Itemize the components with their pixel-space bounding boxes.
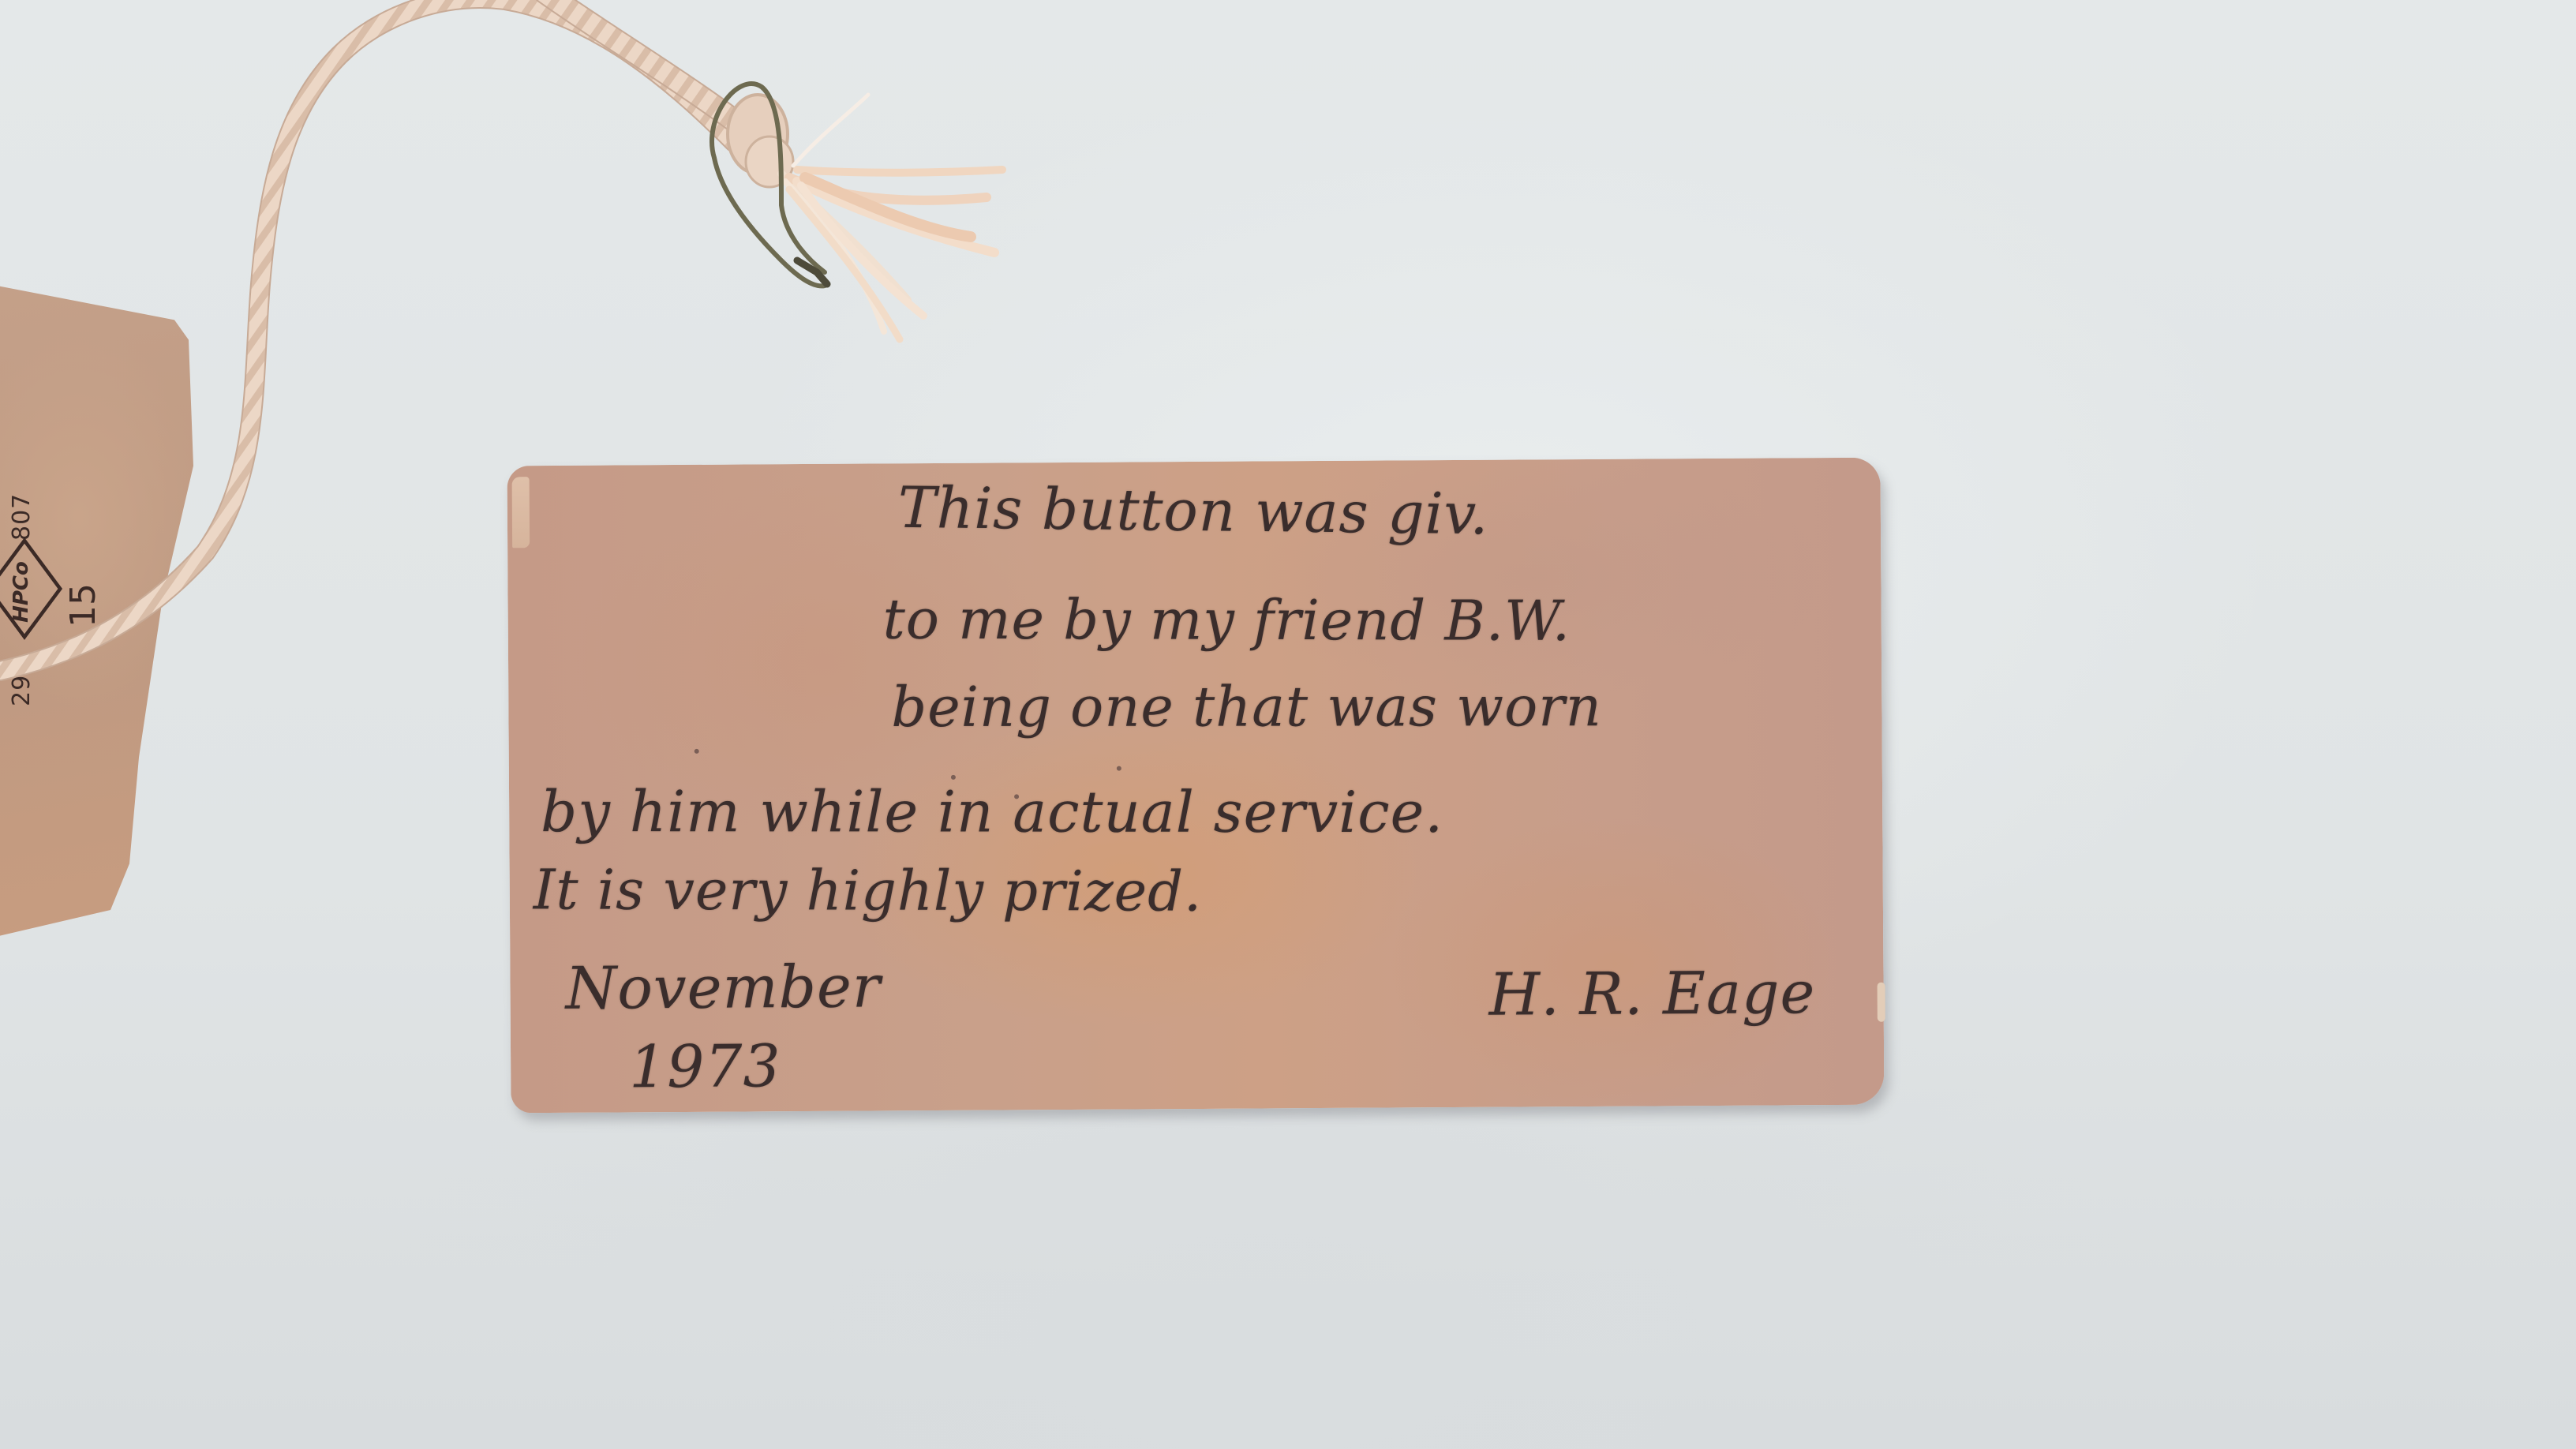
card-line-3: being one that was worn <box>891 674 1602 739</box>
date-year: 1973 <box>629 1032 781 1101</box>
tag-code-bottom: 292 <box>8 659 36 706</box>
card-line-4: by him while in actual service. <box>541 778 1443 845</box>
knot-icon <box>728 95 793 187</box>
tag-size-number: 15 <box>63 583 103 627</box>
ink-spot <box>1117 766 1121 771</box>
card-line-2: to me by my friend B.W. <box>883 587 1571 653</box>
luggage-tag: 292 HPCo 807 15 <box>0 280 205 943</box>
tassel-icon <box>781 95 1002 339</box>
date-month: November <box>565 953 881 1022</box>
handwritten-card: This button was giv. to me by my friend … <box>507 458 1885 1114</box>
tag-logo-text: HPCo <box>9 561 33 623</box>
card-line-5: It is very highly prized. <box>534 857 1203 923</box>
card-line-1: This button was giv. <box>897 474 1489 547</box>
safety-pin-icon <box>712 84 827 286</box>
tag-logo-diamond-icon: HPCo <box>0 552 49 631</box>
tag-code-top: 807 <box>8 493 36 541</box>
ink-spot <box>695 749 699 754</box>
signature: H. R. Eage <box>1488 959 1815 1029</box>
